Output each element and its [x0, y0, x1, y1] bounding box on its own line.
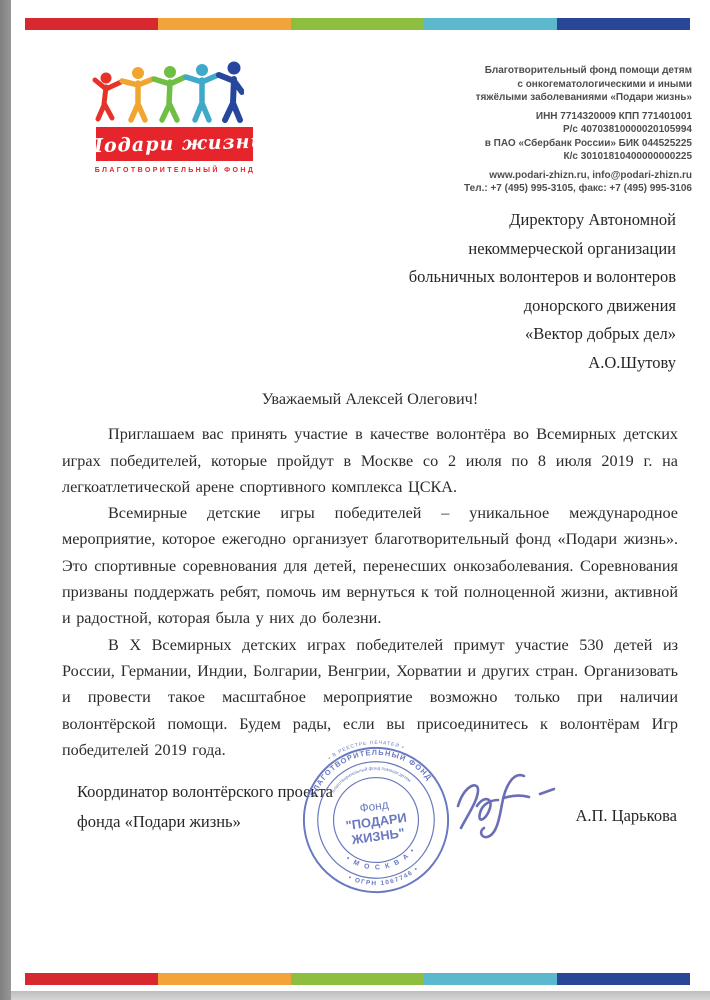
letter-body: Уважаемый Алексей Олегович! Приглашаем в… [62, 386, 678, 763]
stripe-segment-teal [424, 973, 557, 985]
logo-subtitle: БЛАГОТВОРИТЕЛЬНЫЙ ФОНД [94, 167, 256, 174]
org-contact-lines: www.podari-zhizn.ru, info@podari-zhizn.r… [464, 169, 692, 196]
recipient-line: некоммерческой организации [409, 235, 676, 264]
figure-orange [122, 67, 153, 120]
stripe-segment-blue [557, 18, 690, 30]
figure-green [154, 66, 185, 120]
stripe-segment-orange [158, 18, 291, 30]
recipient-block: Директору Автономной некоммерческой орга… [409, 206, 676, 377]
scan-edge-bottom [11, 991, 710, 1000]
stripe-segment-green [291, 18, 424, 30]
foundation-stamp: • В РЕЕСТРЕ ПЕЧАТЕЙ • БЛАГОТВОРИТЕЛЬНЫЙ … [287, 731, 465, 909]
handwritten-signature [444, 768, 562, 850]
rainbow-stripe-bottom [25, 973, 690, 985]
paragraph-about-games: Всемирные детские игры победителей – уни… [62, 500, 678, 631]
stripe-segment-red [25, 973, 158, 985]
figure-blue [219, 62, 242, 121]
stripe-segment-orange [158, 973, 291, 985]
org-name-line: с онкогематологическими и иными [464, 78, 692, 92]
org-bank-lines: ИНН 7714320009 КПП 771401001 Р/с 4070381… [464, 110, 692, 164]
recipient-line: донорского движения [409, 292, 676, 321]
org-corr-account: К/с 30101810400000000225 [464, 150, 692, 164]
stripe-segment-teal [424, 18, 557, 30]
org-inn-kpp: ИНН 7714320009 КПП 771401001 [464, 110, 692, 124]
org-bank-bik: в ПАО «Сбербанк России» БИК 044525225 [464, 137, 692, 151]
org-website-email: www.podari-zhizn.ru, info@podari-zhizn.r… [464, 169, 692, 183]
paragraph-invitation: Приглашаем вас принять участие в качеств… [62, 421, 678, 500]
org-settlement-account: Р/с 40703810000020105994 [464, 123, 692, 137]
signer-name: А.П. Царькова [575, 806, 677, 826]
salutation: Уважаемый Алексей Олегович! [62, 386, 678, 412]
org-name-lines: Благотворительный фонд помощи детям с он… [464, 64, 692, 105]
org-name-line: тяжёлыми заболеваниями «Подари жизнь» [464, 91, 692, 105]
org-phone-fax: Тел.: +7 (495) 995-3105, факс: +7 (495) … [464, 182, 692, 196]
stripe-segment-blue [557, 973, 690, 985]
logo-figures-icon [92, 60, 244, 124]
org-header-block: Благотворительный фонд помощи детям с он… [464, 64, 692, 201]
recipient-line: Директору Автономной [409, 206, 676, 235]
figure-teal [186, 64, 218, 120]
stripe-segment-green [291, 973, 424, 985]
scanned-letter-page: { "colors": { "stripe": ["#d7282f", "#f2… [0, 0, 710, 1000]
recipient-person-name: А.О.Шутову [409, 349, 676, 378]
logo-script-text: Подари жизнь [85, 131, 265, 158]
recipient-org-name: «Вектор добрых дел» [409, 320, 676, 349]
rainbow-stripe-top [25, 18, 690, 30]
logo-wordmark-box: Подари жизнь [96, 127, 253, 161]
recipient-line: больничных волонтеров и волонтеров [409, 263, 676, 292]
org-name-line: Благотворительный фонд помощи детям [464, 64, 692, 78]
scan-edge-left [0, 0, 11, 1000]
figure-red [95, 73, 121, 120]
stripe-segment-red [25, 18, 158, 30]
